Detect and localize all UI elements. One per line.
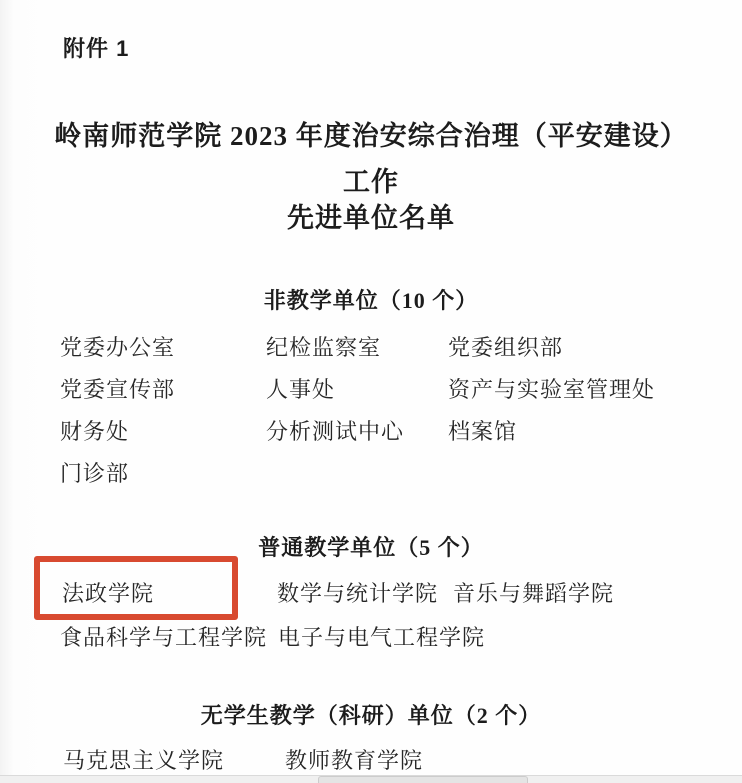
unit-cell: 食品科学与工程学院 [60, 621, 267, 652]
unit-cell: 党委办公室 [60, 331, 175, 362]
attachment-label: 附件 1 [63, 32, 129, 63]
unit-cell: 资产与实验室管理处 [448, 373, 655, 404]
unit-cell: 人事处 [266, 373, 335, 404]
unit-cell-highlighted: 法政学院 [62, 577, 154, 608]
scanned-document-page: 附件 1 岭南师范学院 2023 年度治安综合治理（平安建设） 工作 先进单位名… [0, 0, 742, 783]
next-page-element-edge [318, 776, 528, 783]
section-heading-non-teaching-units: 非教学单位（10 个） [0, 284, 742, 315]
document-title-line-1: 岭南师范学院 2023 年度治安综合治理（平安建设） [0, 114, 742, 153]
unit-cell: 音乐与舞蹈学院 [453, 577, 614, 608]
unit-cell: 分析测试中心 [266, 415, 404, 446]
section-heading-research-units: 无学生教学（科研）单位（2 个） [0, 699, 742, 730]
unit-cell: 教师教育学院 [285, 744, 423, 775]
unit-cell: 纪检监察室 [266, 331, 381, 362]
unit-cell: 党委组织部 [448, 331, 563, 362]
unit-cell: 门诊部 [60, 457, 129, 488]
unit-cell: 党委宣传部 [60, 373, 175, 404]
unit-cell: 财务处 [60, 415, 129, 446]
document-title-line-2: 工作 [0, 160, 742, 199]
unit-cell: 数学与统计学院 [277, 577, 438, 608]
unit-cell: 档案馆 [448, 415, 517, 446]
unit-cell: 马克思主义学院 [63, 744, 224, 775]
document-title-line-3: 先进单位名单 [0, 196, 742, 235]
unit-cell: 电子与电气工程学院 [278, 621, 485, 652]
